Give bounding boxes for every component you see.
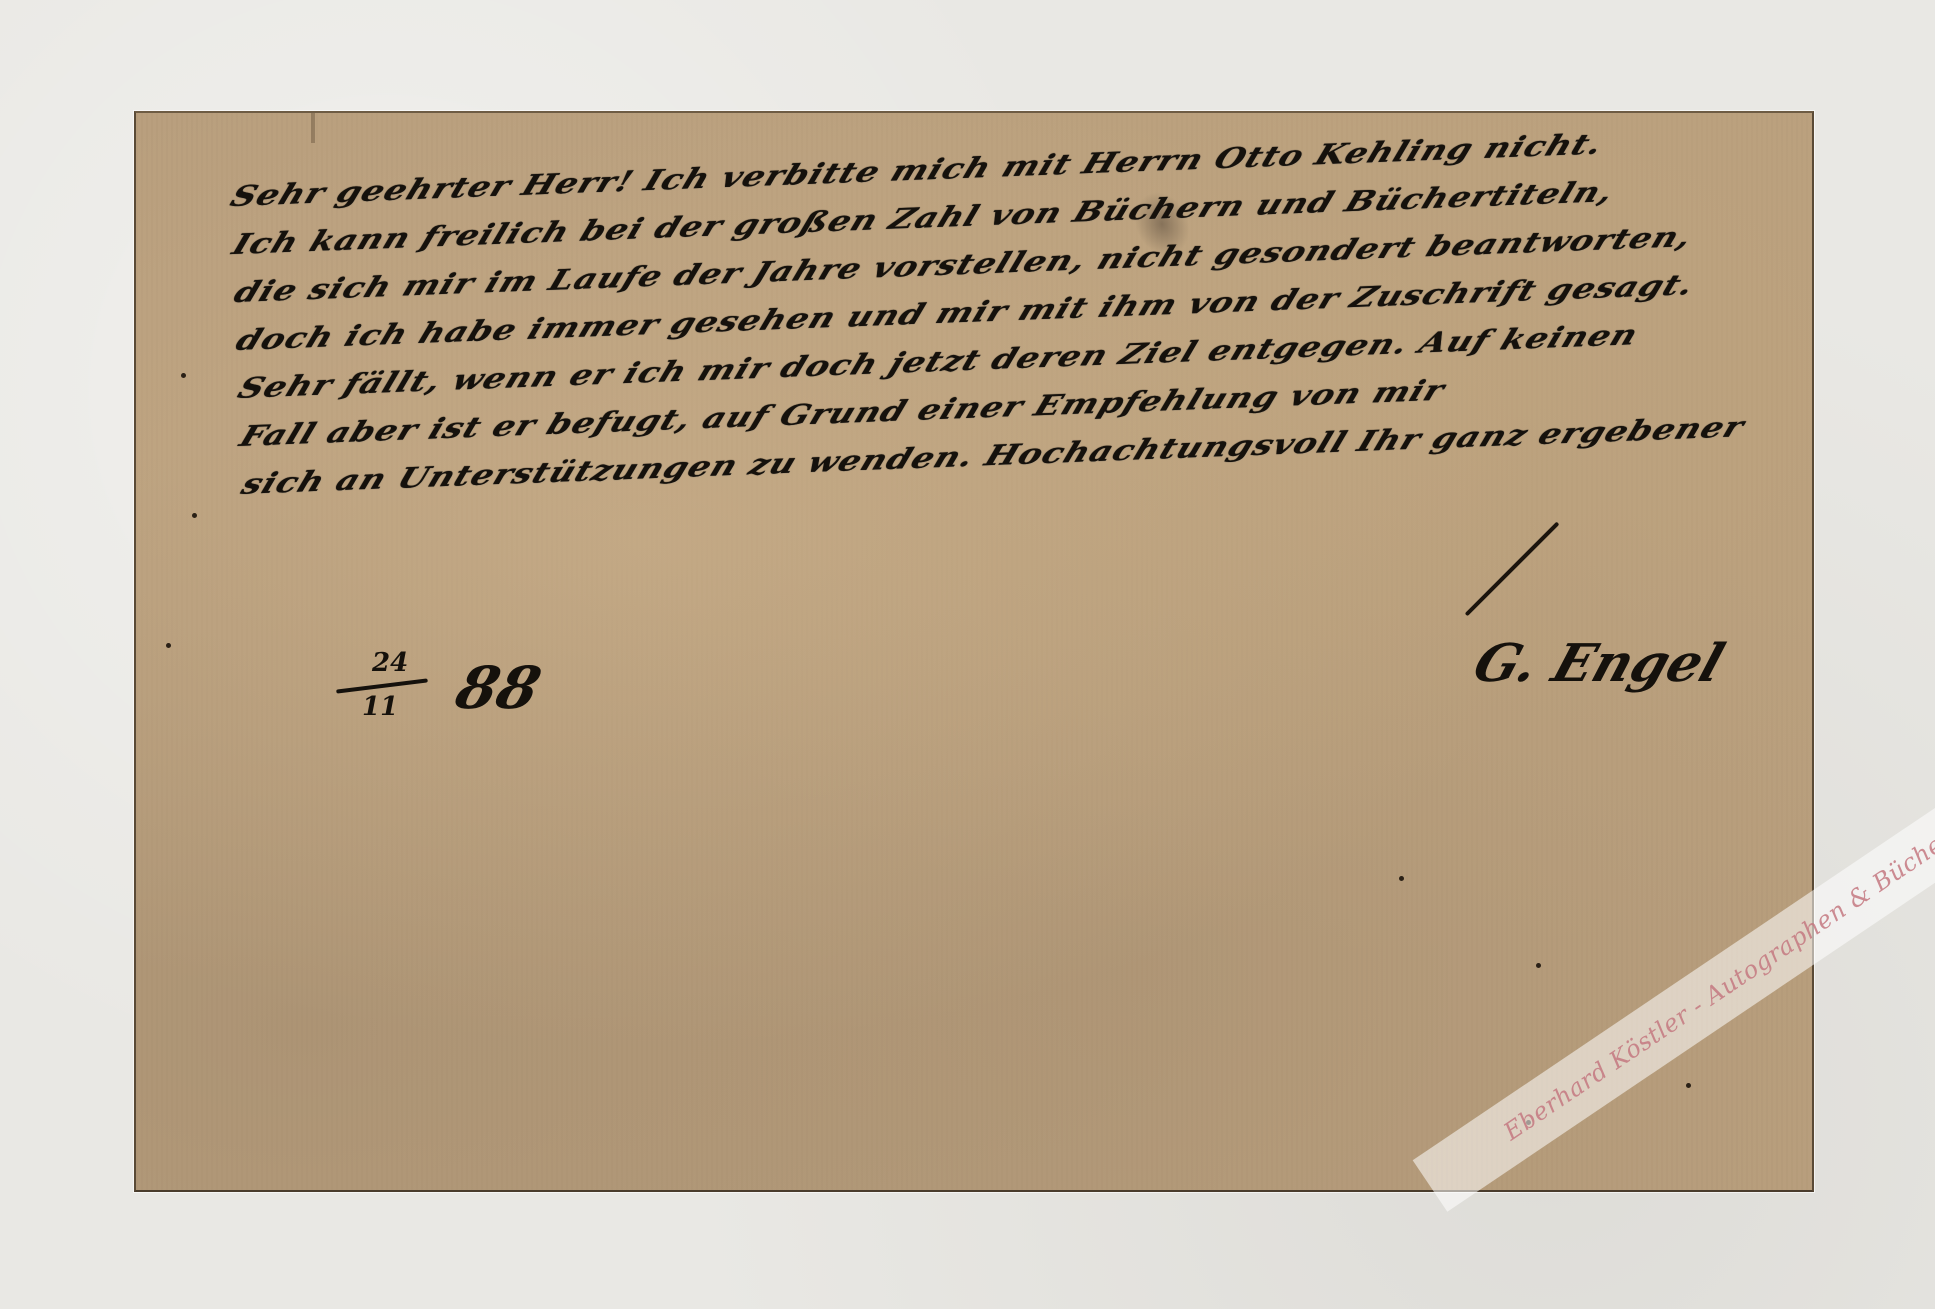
date-month: 11	[362, 692, 398, 722]
paper-speck	[1686, 1083, 1691, 1088]
signature-name: G. Engel	[1466, 633, 1731, 694]
letter-body: Sehr geehrter Herr! Ich verbitte mich mi…	[231, 115, 1763, 509]
paper-speck	[1536, 963, 1541, 968]
paper-speck	[192, 513, 197, 518]
mount-background: Sehr geehrter Herr! Ich verbitte mich mi…	[0, 0, 1935, 1309]
letter-date: 24 11 88	[336, 648, 538, 728]
postcard: Sehr geehrter Herr! Ich verbitte mich mi…	[134, 111, 1814, 1192]
paper-speck	[1399, 876, 1404, 881]
signature-flourish	[1465, 522, 1560, 617]
date-year: 88	[448, 654, 547, 722]
edge-crease	[311, 113, 315, 143]
date-day: 24	[372, 648, 408, 678]
date-day-month: 24 11	[336, 648, 416, 728]
paper-speck	[181, 373, 186, 378]
paper-speck	[166, 643, 171, 648]
signature: G. Engel	[1446, 523, 1746, 723]
